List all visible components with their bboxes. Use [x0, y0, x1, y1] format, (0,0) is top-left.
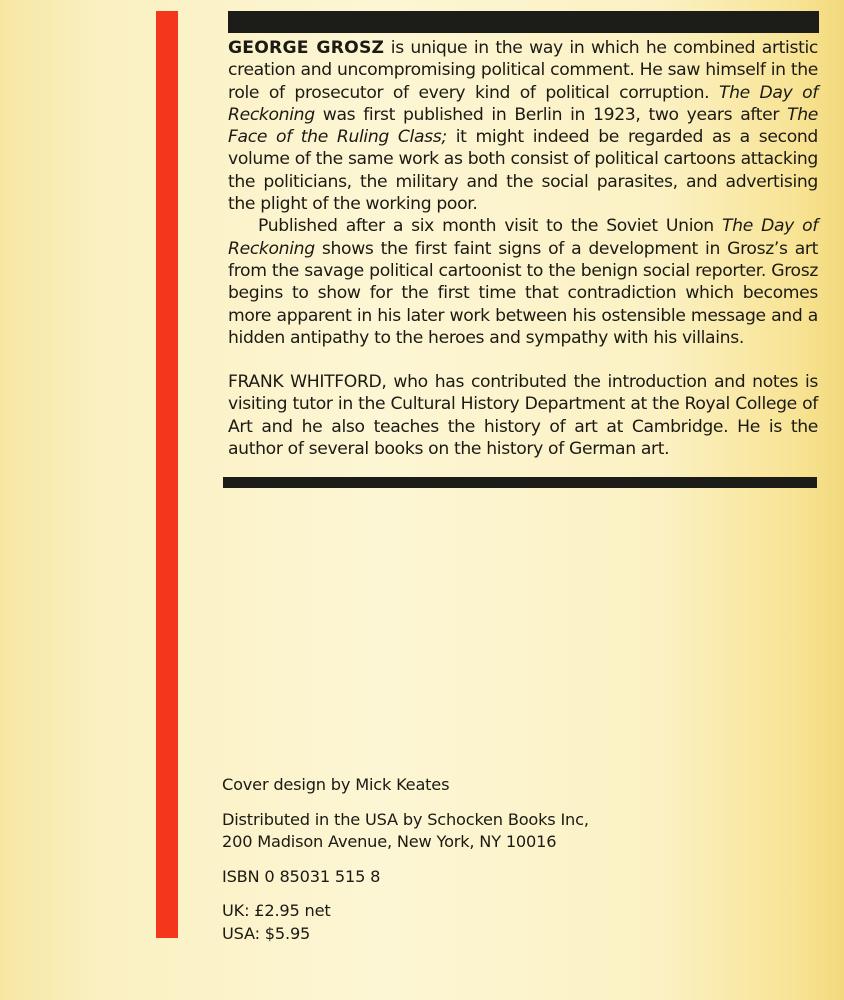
cover-design-credit: Cover design by Mick Keates [222, 774, 642, 797]
blurb-paragraph-2: Published after a six month visit to the… [228, 215, 818, 349]
price-uk: UK: £2.95 net [222, 900, 642, 923]
isbn: ISBN 0 85031 515 8 [222, 866, 642, 889]
editor-bio: FRANK WHITFORD, who has contributed the … [228, 371, 818, 460]
author-name: GEORGE GROSZ [228, 38, 384, 58]
price-usa: USA: $5.95 [222, 923, 642, 946]
distributor-line-2: 200 Madison Avenue, New York, NY 10016 [222, 831, 642, 854]
bottom-black-rule [223, 477, 817, 488]
publication-credits: Cover design by Mick Keates Distributed … [222, 774, 642, 945]
top-black-rule [228, 11, 819, 33]
blurb-paragraph-1: GEORGE GROSZ is unique in the way in whi… [228, 37, 818, 215]
red-accent-bar [156, 11, 178, 938]
back-cover-blurb: GEORGE GROSZ is unique in the way in whi… [228, 37, 818, 460]
distributor-line-1: Distributed in the USA by Schocken Books… [222, 809, 642, 832]
